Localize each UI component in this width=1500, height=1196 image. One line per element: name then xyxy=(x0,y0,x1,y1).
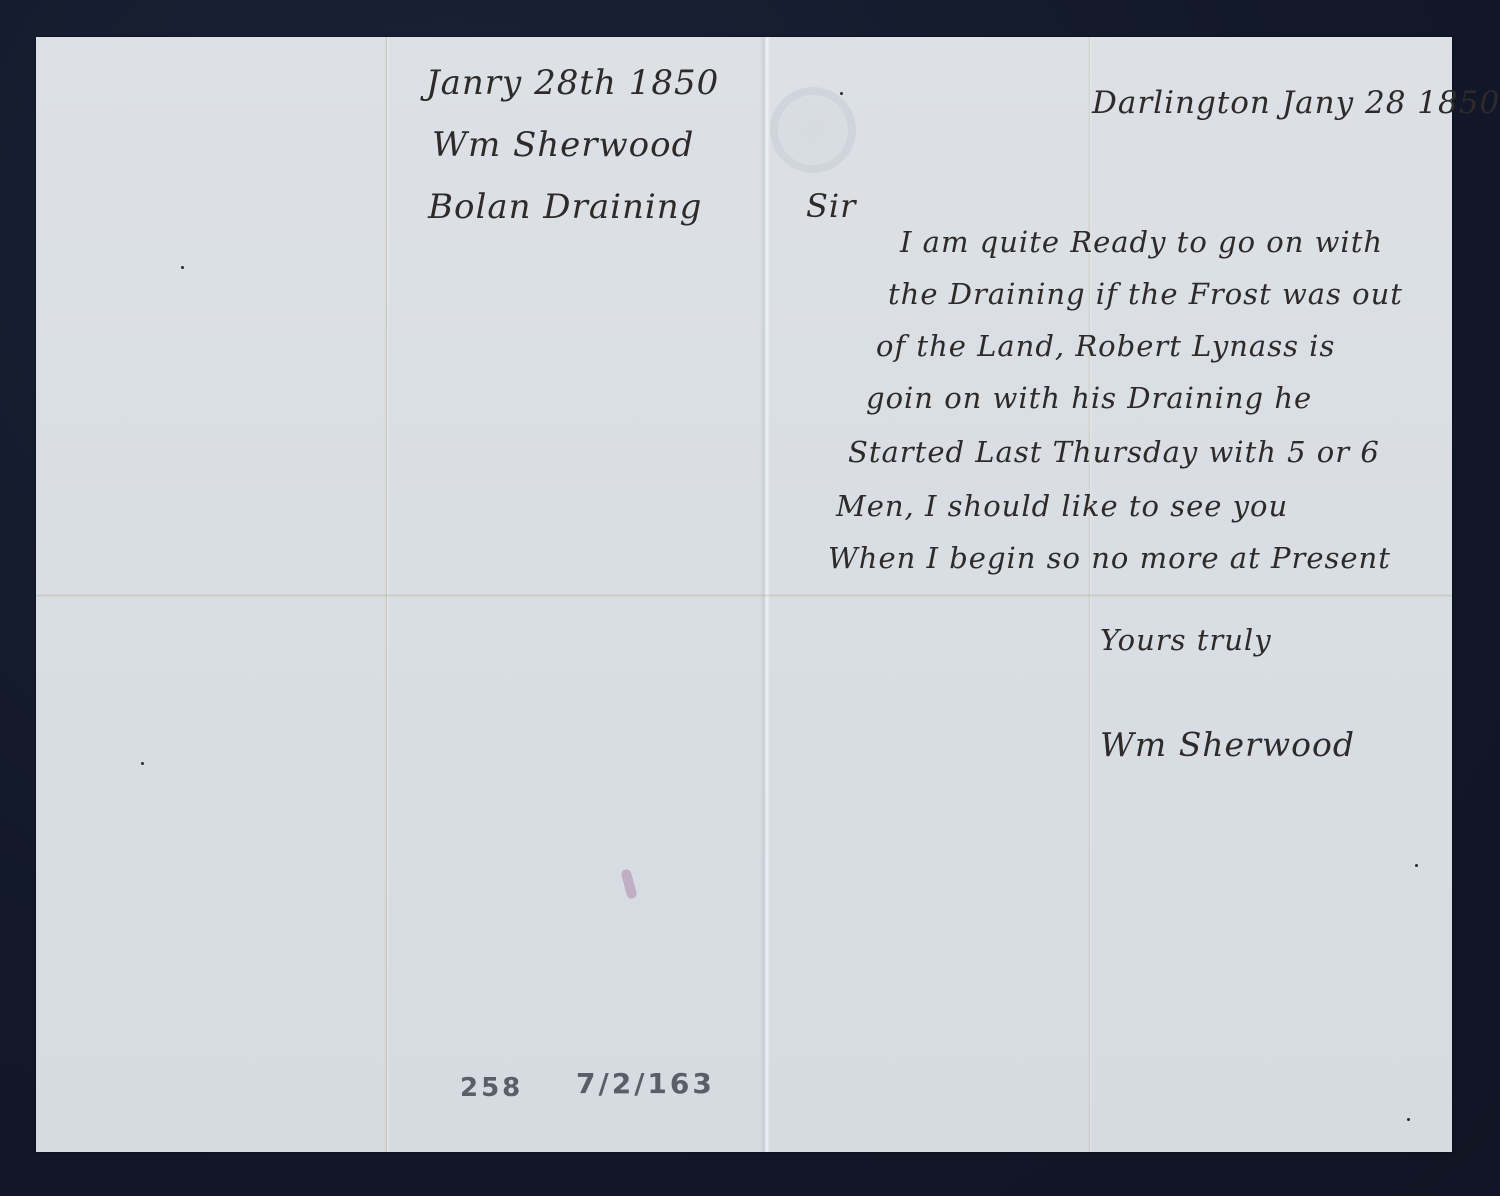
letter-signature: Wm Sherwood xyxy=(1100,725,1355,764)
paper-speck xyxy=(181,266,184,269)
letter-body-line: goin on with his Draining he xyxy=(866,381,1312,415)
horizontal-fold xyxy=(36,594,1452,597)
letter-salutation: Sir xyxy=(806,187,856,225)
docket-subject: Bolan Draining xyxy=(428,181,702,233)
paper-speck xyxy=(141,762,144,765)
docket-date: Janry 28th 1850 xyxy=(426,57,719,109)
letter-body-line: Men, I should like to see you xyxy=(836,489,1288,523)
letter-body-line: I am quite Ready to go on with xyxy=(900,225,1383,259)
letter-closing: Yours truly xyxy=(1100,623,1272,657)
letter-place-date: Darlington Jany 28 1850 xyxy=(1092,85,1500,121)
letter-body-line: of the Land, Robert Lynass is xyxy=(876,329,1335,363)
embossed-stamp-mark xyxy=(770,87,856,173)
letter-body-line: the Draining if the Frost was out xyxy=(888,277,1403,311)
letter-sheet: Janry 28th 1850 Wm Sherwood Bolan Draini… xyxy=(36,37,1452,1152)
letter-body-line: When I begin so no more at Present xyxy=(828,541,1391,575)
ink-stain xyxy=(620,868,637,900)
paper-speck xyxy=(840,92,843,95)
paper-speck xyxy=(1407,1118,1410,1121)
docket-name: Wm Sherwood xyxy=(432,119,694,171)
archive-item-number: 258 xyxy=(460,1073,523,1103)
paper-speck xyxy=(1415,864,1418,867)
archive-reference: 7/2/163 xyxy=(576,1067,715,1100)
letter-body-line: Started Last Thursday with 5 or 6 xyxy=(848,435,1380,469)
